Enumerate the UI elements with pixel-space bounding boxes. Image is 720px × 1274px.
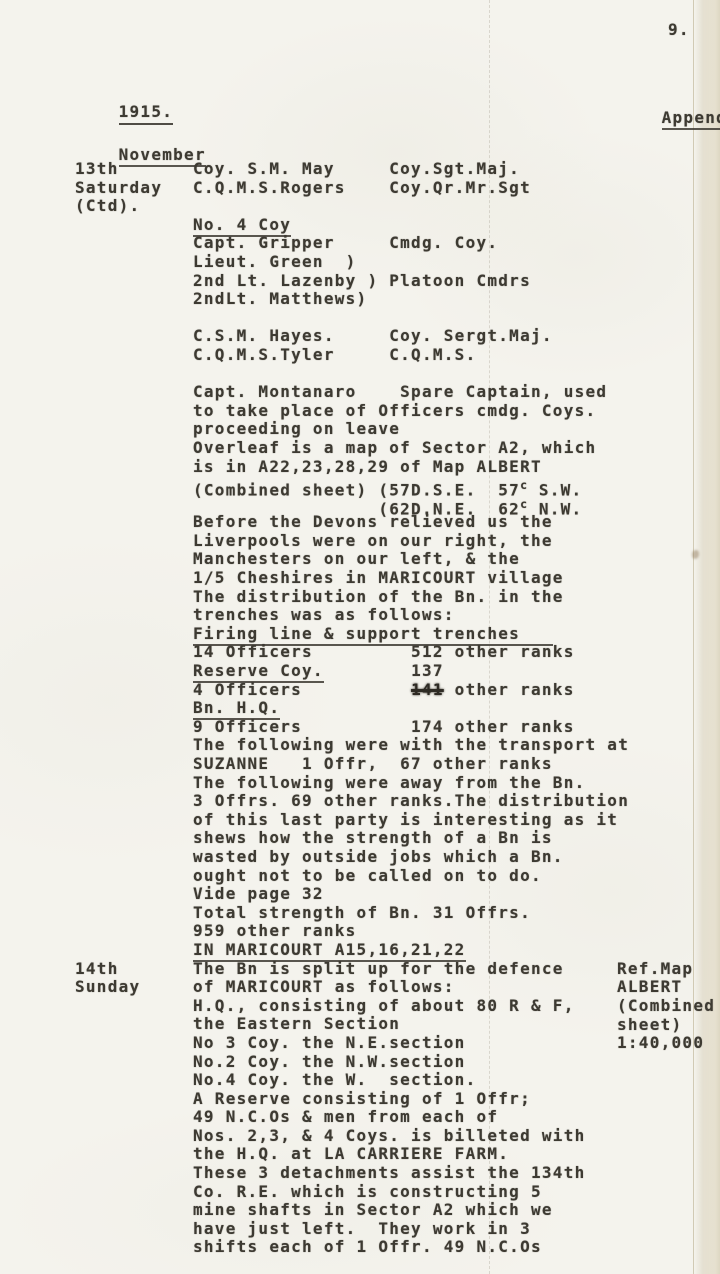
body-line: shifts each of 1 Offr. 49 N.C.Os [193,1238,643,1257]
body-line: wasted by outside jobs which a Bn. [193,848,643,867]
body-line: shews how the strength of a Bn is [193,829,643,848]
body-line: 2nd Lt. Lazenby ) Platoon Cmdrs [193,272,643,291]
body-line: The distribution of the Bn. in the [193,588,643,607]
body-line: Total strength of Bn. 31 Offrs. [193,904,643,923]
date-label: Sunday [75,978,140,997]
body-line: IN MARICOURT A15,16,21,22 [193,941,643,960]
page-number: 9. [668,20,690,39]
body-line: Reserve Coy. 137 [193,662,643,681]
map-ref-label: Ref.Map [617,960,693,979]
body-line: The following were with the transport at [193,736,643,755]
map-ref-column: Ref.MapALBERT(Combinedsheet)1:40,000 [617,160,720,1250]
body-line: The following were away from the Bn. [193,774,643,793]
appendix-heading: Appendix. [618,89,720,146]
body-line: SUZANNE 1 Offr, 67 other ranks [193,755,643,774]
body-line: Manchesters on our left, & the [193,550,643,569]
body-line [193,197,643,216]
body-line: 2ndLt. Matthews) [193,290,643,309]
body-line: (62D.N.E. 62c N.W. [193,495,643,514]
body-line: Firing line & support trenches [193,625,643,644]
body-line [193,309,643,328]
date-label: (Ctd). [75,197,140,216]
map-ref-label: 1:40,000 [617,1034,704,1053]
body-line: the H.Q. at LA CARRIERE FARM. [193,1145,643,1164]
map-ref-label: sheet) [617,1016,682,1035]
body-line: trenches was as follows: [193,606,643,625]
body-line: The Bn is split up for the defence [193,960,643,979]
body-line: C.S.M. Hayes. Coy. Sergt.Maj. [193,327,643,346]
body-line: ought not to be called on to do. [193,867,643,886]
body-line: the Eastern Section [193,1015,643,1034]
body-line: 4 Officers 141 other ranks [193,681,643,700]
body-line: Coy. S.M. May Coy.Sgt.Maj. [193,160,643,179]
body-line: proceeding on leave [193,420,643,439]
date-label: 14th [75,960,119,979]
body-line: No.4 Coy. the W. section. [193,1071,643,1090]
date-label: 13th [75,160,119,179]
body-line: have just left. They work in 3 [193,1220,643,1239]
appendix-heading-text: Appendix. [662,108,720,130]
struck-out-value: 141 [411,680,444,699]
body-line: is in A22,23,28,29 of Map ALBERT [193,458,643,477]
body-line: (Combined sheet) (57D.S.E. 57c S.W. [193,476,643,495]
body-line: mine shafts in Sector A2 which we [193,1201,643,1220]
map-ref-label: (Combined [617,997,715,1016]
body-line: C.Q.M.S.Rogers Coy.Qr.Mr.Sgt [193,179,643,198]
body-line [193,365,643,384]
body-line: 3 Offrs. 69 other ranks.The distribution [193,792,643,811]
body-line: No 3 Coy. the N.E.section [193,1034,643,1053]
body-line: 1/5 Cheshires in MARICOURT village [193,569,643,588]
body-line: C.Q.M.S.Tyler C.Q.M.S. [193,346,643,365]
year-heading-text: 1915. [119,102,174,125]
body-line: 959 other ranks [193,922,643,941]
body-column: Coy. S.M. May Coy.Sgt.Maj.C.Q.M.S.Rogers… [193,160,643,1260]
body-line: These 3 detachments assist the 134th [193,1164,643,1183]
body-line: 14 Officers 512 other ranks [193,643,643,662]
body-line: H.Q., consisting of about 80 R & F, [193,997,643,1016]
date-column: 13thSaturday(Ctd).14thSunday [75,160,190,1250]
body-line: Vide page 32 [193,885,643,904]
body-line: Overleaf is a map of Sector A2, which [193,439,643,458]
body-line: Lieut. Green ) [193,253,643,272]
date-label: Saturday [75,179,162,198]
body-line: No.2 Coy. the N.W.section [193,1053,643,1072]
body-line: Nos. 2,3, & 4 Coys. is billeted with [193,1127,643,1146]
document-page: 9. 1915. Appendix. November 13thSaturday… [0,0,720,1274]
body-line: Capt. Gripper Cmdg. Coy. [193,234,643,253]
body-line: A Reserve consisting of 1 Offr; [193,1090,643,1109]
map-ref-label: ALBERT [617,978,682,997]
body-line: of this last party is interesting as it [193,811,643,830]
body-line: to take place of Officers cmdg. Coys. [193,402,643,421]
body-line: of MARICOURT as follows: [193,978,643,997]
body-line: No. 4 Coy [193,216,643,235]
body-line: Bn. H.Q. [193,699,643,718]
body-line: 9 Officers 174 other ranks [193,718,643,737]
body-line: Capt. Montanaro Spare Captain, used [193,383,643,402]
body-line: Liverpools were on our right, the [193,532,643,551]
body-line: Co. R.E. which is constructing 5 [193,1183,643,1202]
body-line: 49 N.C.Os & men from each of [193,1108,643,1127]
